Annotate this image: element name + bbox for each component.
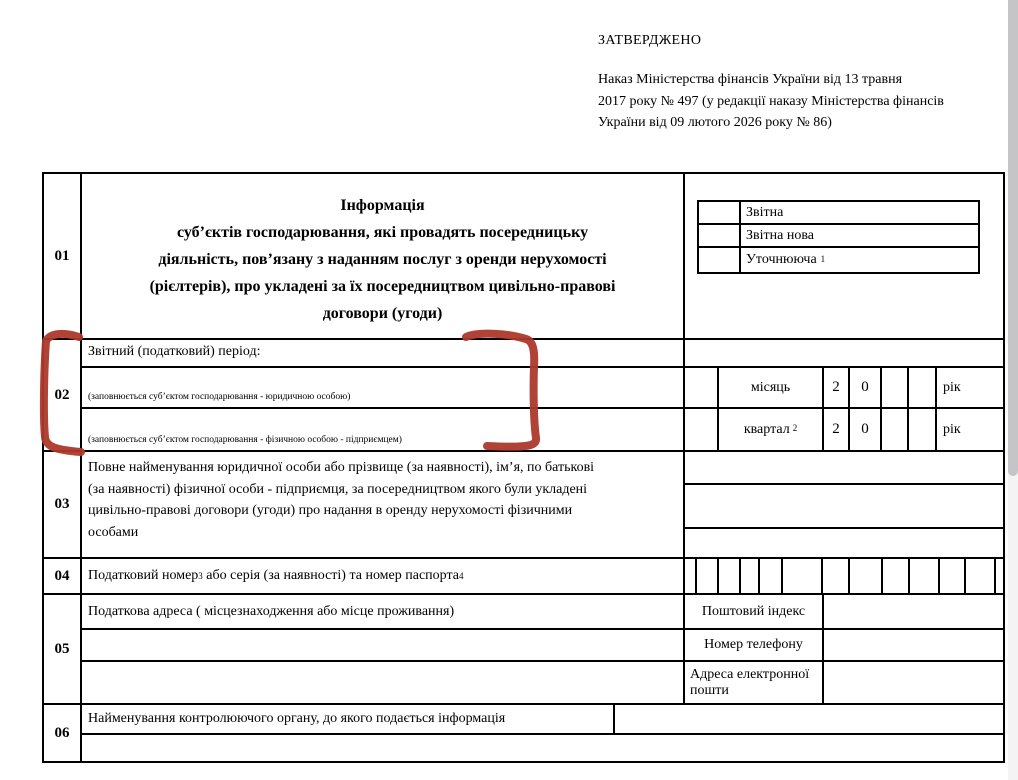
tax-number-cell[interactable]: [783, 559, 823, 593]
entity-name-line: Повне найменування юридичної особи або п…: [88, 457, 671, 479]
row-06-number: 06: [44, 705, 82, 761]
phone-input[interactable]: [824, 630, 1003, 660]
postal-index-row: Поштовий індекс: [685, 595, 1003, 630]
period-label: Звітний (податковий) період:: [82, 340, 685, 366]
entity-name-label: Повне найменування юридичної особи або п…: [82, 452, 685, 557]
form-title-line: діяльність, пов’язану з наданням послуг …: [82, 246, 683, 273]
tax-number-cell[interactable]: [883, 559, 910, 593]
entity-name-line: цивільно-правові договори (угоди) про на…: [88, 500, 671, 522]
form-row-04: 04 Податковий номер3 або серія (за наявн…: [44, 559, 1003, 595]
form-title-line: (рієлтерів), про укладені за їх посередн…: [82, 273, 683, 300]
period-header-empty-cell: [685, 340, 1003, 366]
quarter-year-digit-1[interactable]: 2: [824, 409, 850, 450]
month-year-digit-1[interactable]: 2: [824, 368, 850, 407]
report-type-row: Уточнююча1: [699, 248, 978, 272]
tax-number-cell[interactable]: [850, 559, 883, 593]
quarter-checkbox[interactable]: [685, 409, 719, 450]
postal-index-input[interactable]: [824, 595, 1003, 628]
approval-stamp: ЗАТВЕРДЖЕНО: [598, 33, 1002, 49]
report-type-area: Звітна Звітна нова Уточнююча1: [685, 174, 1003, 338]
month-year-digit-3[interactable]: [882, 368, 909, 407]
tax-number-cell[interactable]: [719, 559, 741, 593]
postal-index-label: Поштовий індекс: [685, 595, 824, 628]
row-05-number: 05: [44, 595, 82, 703]
entity-name-input-3[interactable]: [685, 529, 1003, 557]
controlling-authority-label: Найменування контролюючого органу, до як…: [82, 705, 615, 733]
note-legal-entity: (заповнюється суб’єктом господарювання -…: [82, 368, 685, 407]
form-title-line: Інформація: [82, 192, 683, 219]
form-row-05: 05 Податкова адреса ( місцезнаходження а…: [44, 595, 1003, 705]
tax-number-cell[interactable]: [940, 559, 966, 593]
tax-address-label: Податкова адреса ( місцезнаходження або …: [82, 595, 683, 630]
entity-name-input-1[interactable]: [685, 452, 1003, 485]
form-row-01: 01 Інформація суб’єктів господарювання, …: [44, 174, 1003, 340]
phone-label: Номер телефону: [685, 630, 824, 660]
period-month-row: (заповнюється суб’єктом господарювання -…: [82, 368, 1003, 409]
email-input[interactable]: [824, 662, 1003, 703]
row-04-number: 04: [44, 559, 82, 593]
tax-number-cell[interactable]: [685, 559, 697, 593]
quarter-year-digit-4[interactable]: [909, 409, 937, 450]
email-label: Адреса електронної пошти: [685, 662, 824, 703]
form-title-line: суб’єктів господарювання, які провадять …: [82, 219, 683, 246]
tax-number-cell[interactable]: [823, 559, 850, 593]
report-type-label: Уточнююча1: [741, 248, 978, 272]
report-type-table: Звітна Звітна нова Уточнююча1: [697, 200, 980, 274]
month-checkbox[interactable]: [685, 368, 719, 407]
month-year-label: рік: [937, 368, 1003, 407]
controlling-authority-input[interactable]: [615, 705, 1003, 733]
approval-order: Наказ Міністерства фінансів України від …: [598, 69, 1002, 134]
entity-name-input-2[interactable]: [685, 485, 1003, 529]
phone-row: Номер телефону: [685, 630, 1003, 662]
form-row-03: 03 Повне найменування юридичної особи аб…: [44, 452, 1003, 559]
quarter-label: квартал2: [719, 409, 824, 450]
month-year-digit-4[interactable]: [909, 368, 937, 407]
form-row-02: 02 Звітний (податковий) період: (заповню…: [44, 340, 1003, 452]
tax-number-cell[interactable]: [760, 559, 783, 593]
report-type-label: Звітна нова: [741, 225, 978, 246]
month-label: місяць: [719, 368, 824, 407]
approval-order-line: України від 09 лютого 2026 року № 86): [598, 112, 1002, 134]
row-01-number: 01: [44, 174, 82, 338]
tax-number-cell[interactable]: [910, 559, 940, 593]
tax-address-input-2[interactable]: [82, 662, 683, 703]
entity-name-line: (за наявності) фізичної особи - підприєм…: [88, 479, 671, 501]
row-03-number: 03: [44, 452, 82, 557]
approval-order-line: 2017 року № 497 (у редакції наказу Мініс…: [598, 91, 1002, 113]
form-title-line: договори (угоди): [82, 300, 683, 327]
month-year-digit-2[interactable]: 0: [850, 368, 882, 407]
period-quarter-row: (заповнюється суб’єктом господарювання -…: [82, 409, 1003, 450]
quarter-year-digit-2[interactable]: 0: [850, 409, 882, 450]
form-table: 01 Інформація суб’єктів господарювання, …: [42, 172, 1005, 763]
report-type-checkbox-utochniuiucha[interactable]: [699, 248, 741, 272]
tax-number-cell[interactable]: [741, 559, 760, 593]
scrollbar-track[interactable]: [1008, 0, 1018, 780]
report-type-row: Звітна нова: [699, 225, 978, 248]
form-title-cell: Інформація суб’єктів господарювання, які…: [82, 174, 685, 338]
form-row-06: 06 Найменування контролюючого органу, до…: [44, 705, 1003, 761]
tax-number-cell[interactable]: [697, 559, 719, 593]
period-header-row: Звітний (податковий) період:: [82, 340, 1003, 368]
report-type-row: Звітна: [699, 202, 978, 225]
entity-name-line: особами: [88, 522, 671, 544]
row-02-number: 02: [44, 340, 82, 450]
approval-block: ЗАТВЕРДЖЕНО Наказ Міністерства фінансів …: [598, 33, 1002, 134]
quarter-year-label: рік: [937, 409, 1003, 450]
scrollbar-thumb[interactable]: [1008, 0, 1018, 476]
note-individual: (заповнюється суб’єктом господарювання -…: [82, 409, 685, 450]
tax-address-input-1[interactable]: [82, 630, 683, 662]
quarter-year-digit-3[interactable]: [882, 409, 909, 450]
tax-number-cell[interactable]: [966, 559, 996, 593]
email-row: Адреса електронної пошти: [685, 662, 1003, 703]
approval-order-line: Наказ Міністерства фінансів України від …: [598, 69, 1002, 91]
report-type-checkbox-zvitna-nova[interactable]: [699, 225, 741, 246]
controlling-authority-input-2[interactable]: [82, 735, 1003, 761]
tax-number-label: Податковий номер3 або серія (за наявност…: [82, 559, 685, 593]
report-type-label: Звітна: [741, 202, 978, 223]
report-type-checkbox-zvitna[interactable]: [699, 202, 741, 223]
